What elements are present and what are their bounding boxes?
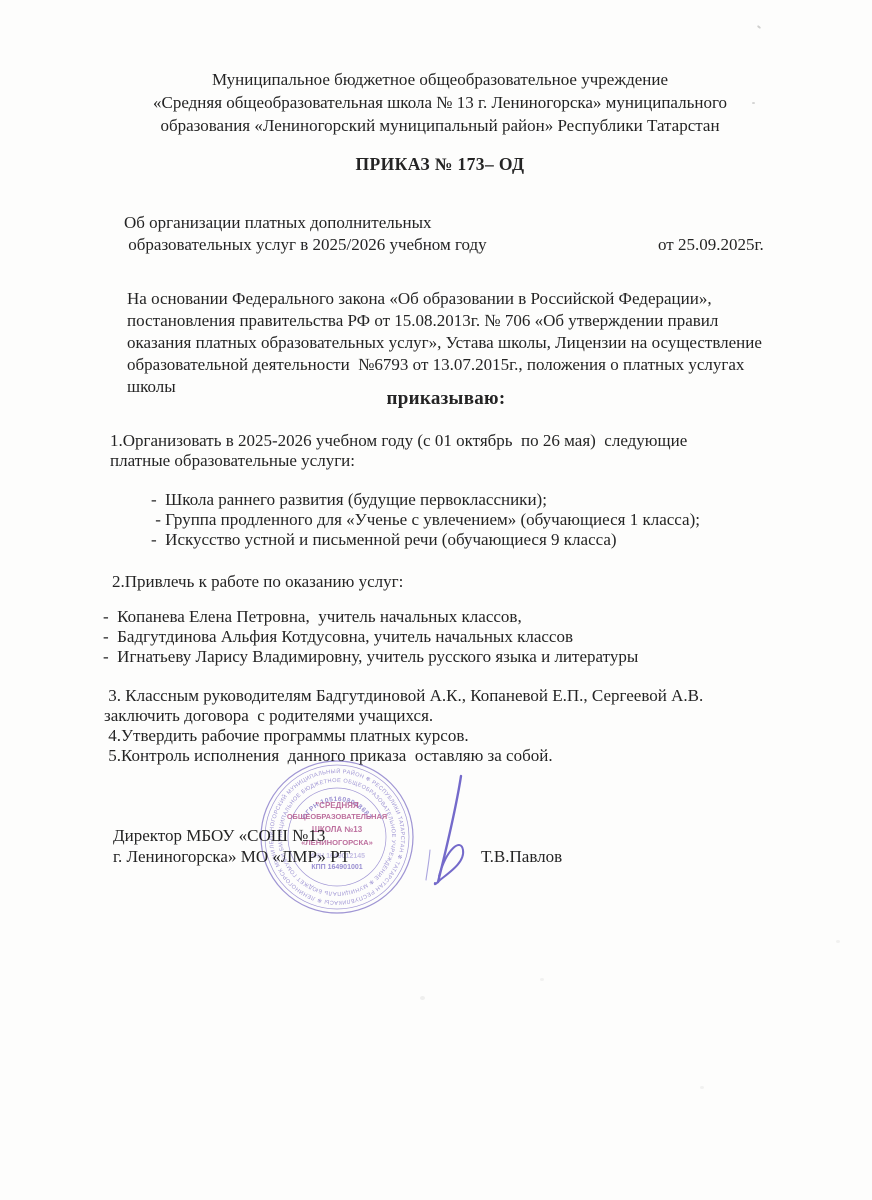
stamp-kpp-text: КПП 164901001 bbox=[311, 864, 362, 871]
stamp-center-line-srednyaya: "СРЕДНЯЯ bbox=[315, 801, 358, 810]
scan-speckle bbox=[757, 25, 761, 29]
stamp-ring-texts: ЛЕНИНОГОРСКИЙ МУНИЦИПАЛЬНЫЙ РАЙОН ✻ РЕСП… bbox=[252, 752, 416, 919]
service-item-3: - Искусство устной и письменной речи (об… bbox=[151, 530, 700, 550]
item3-line-1: 3. Классным руководителям Бадгутдиновой … bbox=[104, 686, 703, 706]
scan-speckle bbox=[836, 940, 840, 943]
staff-list: - Копанева Елена Петровна, учитель начал… bbox=[103, 607, 638, 667]
official-round-stamp: ЛЕНИНОГОРСКИЙ МУНИЦИПАЛЬНЫЙ РАЙОН ✻ РЕСП… bbox=[252, 752, 422, 922]
org-header-line-1: Муниципальное бюджетное общеобразователь… bbox=[40, 68, 840, 91]
org-header-line-3: образования «Лениногорский муниципальный… bbox=[40, 114, 840, 137]
preamble-line-3: оказания платных образовательных услуг»,… bbox=[127, 332, 762, 354]
staff-item-3: - Игнатьеву Ларису Владимировну, учитель… bbox=[103, 647, 638, 667]
order-date: от 25.09.2025г. bbox=[658, 234, 764, 256]
stamp-inn-text: ИНН 1649012145 bbox=[309, 853, 365, 860]
preamble: На основании Федерального закона «Об обр… bbox=[127, 288, 762, 398]
staff-item-2: - Бадгутдинова Альфия Котдусовна, учител… bbox=[103, 627, 638, 647]
order-item-2: 2.Привлечь к работе по оказанию услуг: bbox=[112, 571, 403, 593]
stamp-center-line-obshcheobraz: ОБЩЕОБРАЗОВАТЕЛЬНАЯ bbox=[287, 812, 387, 821]
subject-line-1: Об организации платных дополнительных bbox=[124, 212, 432, 234]
stamp-second-circle bbox=[265, 765, 409, 909]
scanned-order-page: Муниципальное бюджетное общеобразователь… bbox=[0, 0, 872, 1200]
service-item-1: - Школа раннего развития (будущие первок… bbox=[151, 490, 700, 510]
item1-line-2: платные образовательные услуги: bbox=[110, 451, 687, 471]
scan-speckle bbox=[540, 978, 544, 981]
service-item-2: - Группа продленного для «Ученье с увлеч… bbox=[151, 510, 700, 530]
stamp-center-line-school13: ШКОЛА №13 bbox=[312, 825, 363, 834]
item3-line-2: заключить договора с родителями учащихся… bbox=[104, 706, 703, 726]
staff-item-1: - Копанева Елена Петровна, учитель начал… bbox=[103, 607, 638, 627]
decree-keyword: приказываю: bbox=[46, 388, 846, 410]
order-item-4: 4.Утвердить рабочие программы платных ку… bbox=[104, 726, 703, 746]
signer-name: Т.В.Павлов bbox=[481, 846, 562, 868]
scan-speckle bbox=[752, 102, 755, 104]
services-list: - Школа раннего развития (будущие первок… bbox=[151, 490, 700, 550]
scan-speckle bbox=[420, 996, 425, 1000]
order-item-1: 1.Организовать в 2025-2026 учебном году … bbox=[110, 431, 687, 471]
signature-strokes bbox=[426, 776, 463, 884]
org-header-line-2: «Средняя общеобразовательная школа № 13 … bbox=[40, 91, 840, 114]
scan-speckle bbox=[700, 1086, 704, 1089]
item1-line-1: 1.Организовать в 2025-2026 учебном году … bbox=[110, 431, 687, 451]
order-number-title: ПРИКАЗ № 173– ОД bbox=[40, 154, 840, 175]
preamble-line-4: образовательной деятельности №6793 от 13… bbox=[127, 354, 762, 376]
stamp-center-line-leninogorska: «ЛЕНИНОГОРСКА» bbox=[301, 838, 373, 847]
preamble-line-2: постановления правительства РФ от 15.08.… bbox=[127, 310, 762, 332]
preamble-line-1: На основании Федерального закона «Об обр… bbox=[127, 288, 762, 310]
subject-line-2: образовательных услуг в 2025/2026 учебно… bbox=[124, 234, 487, 256]
stamp-magenta-center-texts: "СРЕДНЯЯ ОБЩЕОБРАЗОВАТЕЛЬНАЯ ШКОЛА №13 «… bbox=[287, 801, 387, 847]
signature-hairline-stroke bbox=[426, 850, 430, 880]
handwritten-signature bbox=[414, 762, 484, 902]
